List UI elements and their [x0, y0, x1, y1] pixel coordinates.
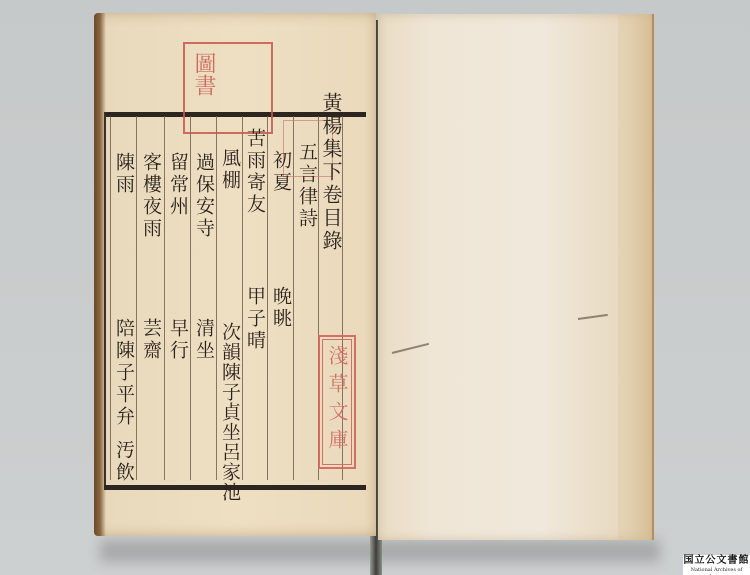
library-seal-square: 圖書 [183, 42, 273, 134]
column-rule [242, 116, 243, 480]
poem-title: 過保安寺 [193, 152, 215, 240]
right-page [378, 14, 654, 540]
poem-title: 次韻陳子貞坐呂家池 [219, 322, 241, 502]
column-rule [267, 116, 268, 480]
toc-title: 黃楊集下卷目錄 [320, 92, 342, 253]
poem-title: 風棚 [219, 148, 241, 192]
column-rule [110, 116, 111, 480]
section-heading: 五言律詩 [296, 142, 318, 230]
column-rule [216, 116, 217, 480]
watermark-en: National Archives of Japan [683, 567, 750, 575]
asakusa-bunko-seal: 淺草文庫 [318, 335, 356, 469]
seal-text: 淺草文庫 [320, 345, 354, 457]
archive-watermark: 国立公文書館 National Archives of Japan [683, 555, 750, 575]
right-page-edge [618, 14, 650, 540]
column-rule [190, 116, 191, 480]
poem-title-tail: 汚飲 [113, 440, 135, 484]
poem-title: 陳雨 [113, 152, 135, 196]
watermark-jp: 国立公文書館 [683, 555, 750, 567]
poem-title: 清坐 [193, 318, 215, 362]
poem-title: 初夏 [270, 150, 292, 194]
poem-title: 芸齋 [140, 318, 162, 362]
poem-title: 留常州 [167, 152, 189, 218]
poem-title: 早行 [167, 318, 189, 362]
seal-glyph: 圖書 [191, 52, 215, 96]
poem-title: 晚眺 [270, 286, 292, 330]
poem-title: 陪陳子平弁 [113, 318, 135, 428]
column-rule [164, 116, 165, 480]
frame-left-border [104, 112, 106, 485]
poem-title: 苦雨寄友 [244, 128, 266, 216]
poem-title: 客樓夜雨 [140, 152, 162, 240]
column-rule [136, 116, 137, 480]
poem-title: 甲子晴 [244, 286, 266, 352]
